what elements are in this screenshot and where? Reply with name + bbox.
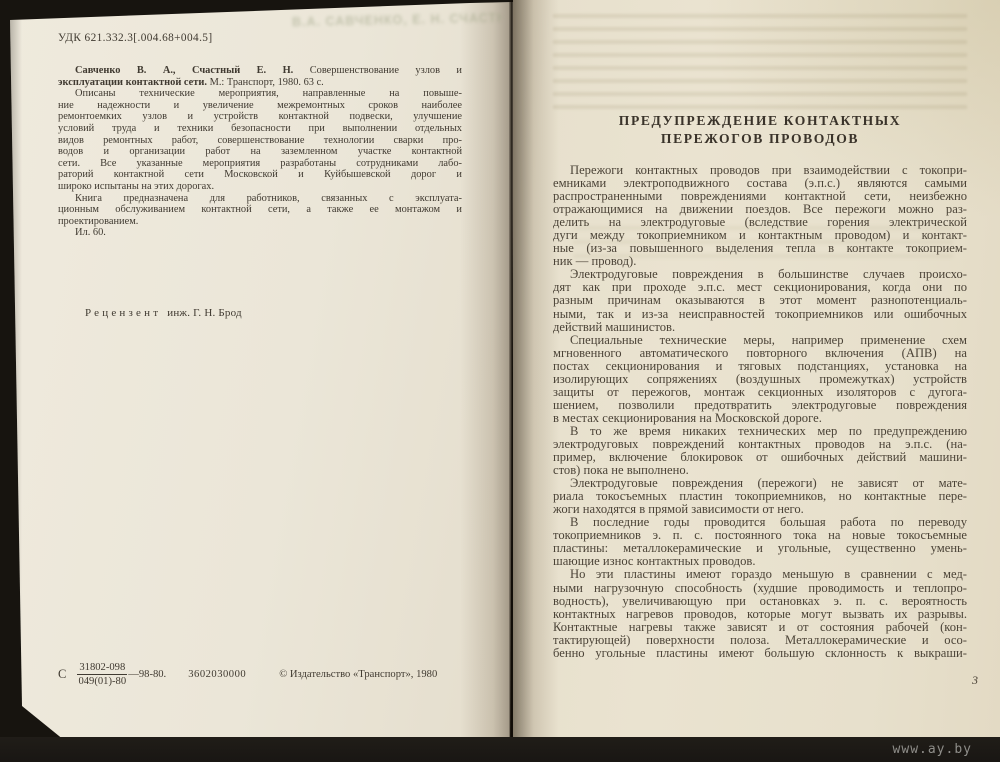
paragraph-6-lines: В последние годы проводится большая рабо… — [553, 516, 967, 555]
imprint-block: С 31802-098 049(01)-80 —98-80. 360203000… — [58, 662, 488, 687]
entry-line-2: эксплуатации контактной сети. М.: Трансп… — [58, 77, 462, 89]
entry-publisher: М.: Транспорт, 1980. 63 с. — [207, 77, 324, 88]
bleedthrough-lines-top — [553, 14, 967, 110]
paragraph-1-lines: Пережоги контактных проводов при взаимод… — [553, 164, 967, 255]
left-page-edge-shadow — [0, 0, 22, 762]
entry-title-start: Совершенствование узлов и — [293, 65, 462, 76]
body-paragraph-3: Специальные технические меры, например п… — [553, 334, 967, 425]
copyright-notice: © Издательство «Транспорт», 1980 — [279, 669, 437, 680]
paragraph-5-lines: Электродуговые повреждения (пережоги) не… — [553, 477, 967, 503]
body-paragraph-4: В то же время никаких технических мер по… — [553, 425, 967, 477]
udc-line: УДК 621.332.3[.004.68+004.5] — [58, 32, 462, 44]
readership-note-lines: Книга предназначена для работников, связ… — [58, 193, 462, 216]
catalog-code-top: 31802-098 — [77, 662, 127, 675]
book-scan: В.А. САВЧЕНКО, Е. Н. СЧАСТНЫЙ УДК 621.33… — [0, 0, 1000, 762]
reviewer-name: инж. Г. Н. Брод — [167, 307, 242, 319]
reviewer-line: Рецензентинж. Г. Н. Брод — [85, 307, 242, 319]
watermark-text: www.ay.by — [893, 742, 972, 757]
body-paragraph-2: Электродуговые повреждения в большинстве… — [553, 268, 967, 333]
left-page: В.А. САВЧЕНКО, Е. Н. СЧАСТНЫЙ УДК 621.33… — [0, 0, 520, 762]
body-paragraph-1: Пережоги контактных проводов при взаимод… — [553, 164, 967, 268]
body-paragraph-7: Но эти пластины имеют гораздо меньшую в … — [553, 568, 967, 659]
annotation-paragraph: Описаны технические мероприятия, направл… — [58, 88, 462, 192]
catalog-fraction: 31802-098 049(01)-80 — [77, 662, 127, 687]
authors-names: Савченко В. А., Счастный Е. Н. — [75, 65, 293, 76]
right-page: ПРЕДУПРЕЖДЕНИЕ КОНТАКТНЫХ ПЕРЕЖОГОВ ПРОВ… — [513, 0, 1000, 745]
catalog-code-bottom: 049(01)-80 — [77, 675, 127, 687]
left-page-text-column: УДК 621.332.3[.004.68+004.5] Савченко В.… — [58, 32, 462, 239]
catalog-number: 3602030000 — [188, 669, 246, 680]
paragraph-2-lines: Электродуговые повреждения в большинстве… — [553, 268, 967, 320]
scan-bottom-bar: www.ay.by — [0, 737, 1000, 762]
reviewer-label: Рецензент — [85, 307, 161, 319]
page-number: 3 — [972, 673, 978, 688]
chapter-body: Пережоги контактных проводов при взаимод… — [553, 164, 967, 660]
bibliographic-entry: Савченко В. А., Счастный Е. Н. Совершенс… — [58, 65, 462, 88]
right-page-text-column: ПРЕДУПРЕЖДЕНИЕ КОНТАКТНЫХ ПЕРЕЖОГОВ ПРОВ… — [553, 112, 967, 660]
entry-line-1: Савченко В. А., Счастный Е. Н. Совершенс… — [58, 65, 462, 77]
illustrations-count: Ил. 60. — [58, 227, 462, 239]
paragraph-3-last-line: в местах секционирования на Московской д… — [553, 412, 967, 425]
paragraph-4-lines: В то же время никаких технических мер по… — [553, 425, 967, 464]
catalog-suffix: —98-80. — [128, 669, 166, 680]
annotation-lines: Описаны технические мероприятия, направл… — [58, 88, 462, 181]
entry-title-end: эксплуатации контактной сети. — [58, 77, 207, 88]
paragraph-3-lines: Специальные технические меры, например п… — [553, 334, 967, 412]
chapter-title: ПРЕДУПРЕЖДЕНИЕ КОНТАКТНЫХ ПЕРЕЖОГОВ ПРОВ… — [553, 112, 967, 147]
chapter-title-line-1: ПРЕДУПРЕЖДЕНИЕ КОНТАКТНЫХ — [553, 112, 967, 130]
annotation-last-line: широко испытаны на этих дорогах. — [58, 181, 462, 193]
catalog-letter: С — [58, 667, 66, 682]
readership-note-paragraph: Книга предназначена для работников, связ… — [58, 193, 462, 228]
paragraph-2-last-line: действий машинистов. — [553, 321, 967, 334]
chapter-title-line-2: ПЕРЕЖОГОВ ПРОВОДОВ — [553, 130, 967, 148]
readership-note-last-line: проектированием. — [58, 216, 462, 228]
body-paragraph-6: В последние годы проводится большая рабо… — [553, 516, 967, 568]
body-paragraph-5: Электродуговые повреждения (пережоги) не… — [553, 477, 967, 516]
paragraph-7-lines: Но эти пластины имеют гораздо меньшую в … — [553, 568, 967, 659]
